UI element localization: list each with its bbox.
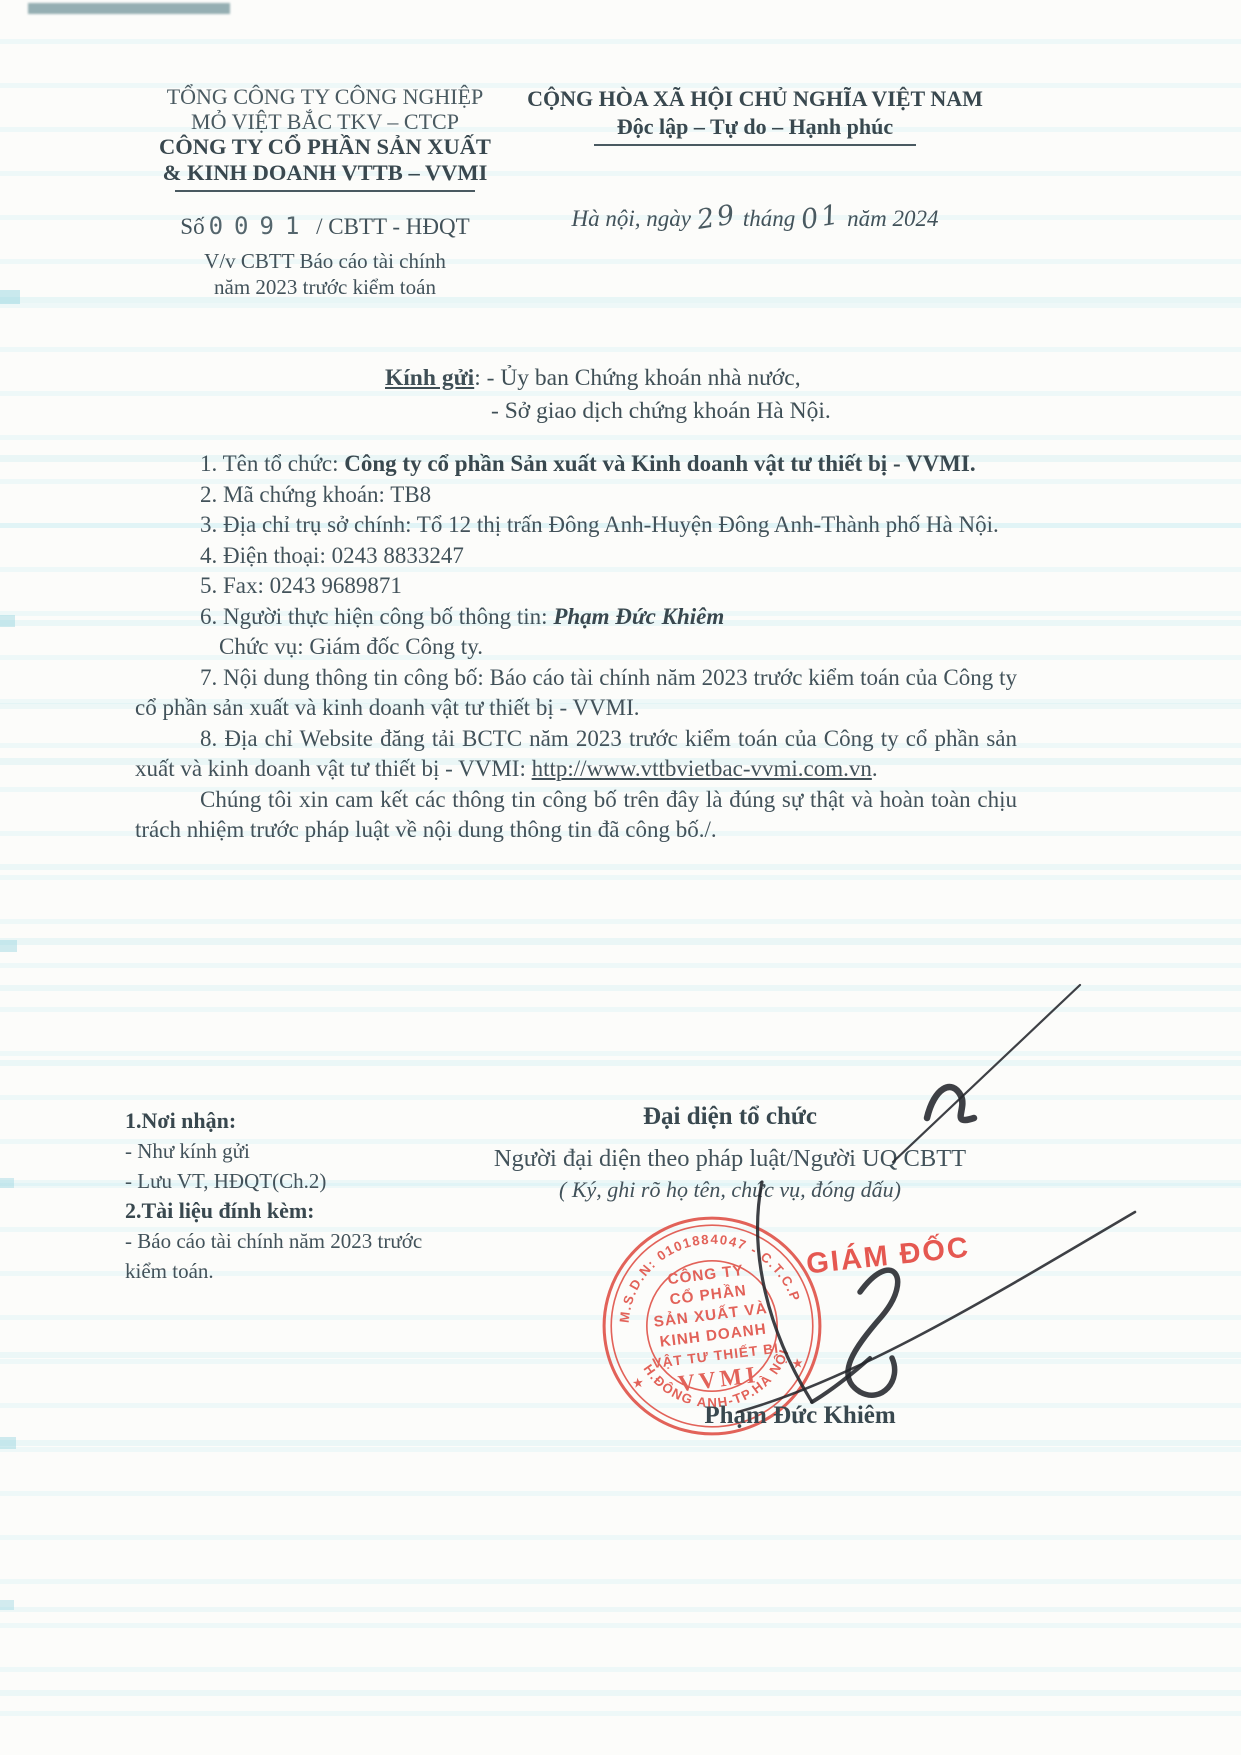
issuer-parent-line1: TỔNG CÔNG TY CÔNG NGHIỆP: [150, 84, 500, 109]
item-1-company-name: Công ty cổ phần Sản xuất và Kinh doanh v…: [344, 451, 975, 476]
item-2: 2. Mã chứng khoán: TB8: [135, 480, 1017, 511]
scan-edge-mark: [0, 940, 17, 952]
item-1-label: 1. Tên tổ chức:: [200, 451, 344, 476]
commitment-paragraph: Chúng tôi xin cam kết các thông tin công…: [135, 785, 1017, 846]
scan-edge-mark: [0, 290, 20, 304]
recipients-sep: :: [474, 365, 486, 391]
document-number-suffix: / CBTT - HĐQT: [316, 214, 470, 239]
stamp-star-left: ★: [631, 1375, 645, 1391]
scan-edge-mark: [0, 1437, 16, 1449]
scanned-document-page: TỔNG CÔNG TY CÔNG NGHIỆP MỎ VIỆT BẮC TKV…: [0, 0, 1241, 1755]
date-day-handwritten: 29: [695, 199, 740, 236]
recipient-2: - Sở giao dịch chứng khoán Hà Nội.: [385, 395, 831, 428]
date-suffix: năm 2024: [847, 206, 938, 231]
document-number-line: Số0091 / CBTT - HĐQT: [150, 212, 500, 240]
date-mid: tháng: [743, 206, 795, 231]
stamp-star-right: ★: [791, 1355, 805, 1371]
item-7: 7. Nội dung thông tin công bố: Báo cáo t…: [135, 663, 1017, 724]
item-6: 6. Người thực hiện công bố thông tin: Ph…: [135, 602, 1017, 633]
scan-artifact-band: [0, 1060, 1241, 1066]
document-subject: V/v CBTT Báo cáo tài chính năm 2023 trướ…: [150, 248, 500, 300]
scan-edge-mark: [0, 615, 15, 627]
signature-block: Đại diện tổ chức Người đại diện theo phá…: [440, 1103, 1020, 1203]
scan-artifact-band: [0, 1690, 1241, 1696]
scan-artifact-band: [0, 864, 1241, 870]
item-6-label: 6. Người thực hiện công bố thông tin:: [200, 604, 553, 629]
signer-name: Phạm Đức Khiêm: [640, 1402, 960, 1430]
subject-line1: V/v CBTT Báo cáo tài chính: [150, 248, 500, 274]
national-title: CỘNG HÒA XÃ HỘI CHỦ NGHĨA VIỆT NAM: [520, 86, 990, 112]
issuer-parent-line2: MỎ VIỆT BẮC TKV – CTCP: [150, 109, 500, 134]
discloser-name: Phạm Đức Khiêm: [553, 604, 724, 629]
item-3: 3. Địa chỉ trụ sở chính: Tổ 12 thị trấn …: [135, 510, 1017, 541]
national-header-block: CỘNG HÒA XÃ HỘI CHỦ NGHĨA VIỆT NAM Độc l…: [520, 86, 990, 233]
recipients-label: Kính gửi: [385, 365, 474, 391]
signature-title: Đại diện tổ chức: [440, 1103, 1020, 1131]
recipient-1: - Ủy ban Chứng khoán nhà nước,: [487, 365, 801, 391]
date-line: Hà nội, ngày 29 tháng 01 năm 2024: [520, 202, 990, 233]
scan-edge-mark: [0, 1600, 14, 1610]
scan-artifact-band: [0, 985, 1241, 991]
item-1: 1. Tên tổ chức: Công ty cổ phần Sản xuất…: [135, 449, 1017, 480]
date-month-handwritten: 01: [799, 199, 844, 236]
recipients-block: Kính gửi: - Ủy ban Chứng khoán nhà nước,…: [385, 362, 831, 428]
signature-stroke: [848, 1270, 898, 1395]
item-8-period: .: [872, 756, 878, 781]
item-5: 5. Fax: 0243 9689871: [135, 571, 1017, 602]
item-8: 8. Địa chỉ Website đăng tải BCTC năm 202…: [135, 724, 1017, 785]
representative-line: Người đại diện theo pháp luật/Người UQ C…: [440, 1145, 1020, 1173]
issuer-company-line2: & KINH DOANH VTTB – VVMI: [150, 160, 500, 186]
footer-left-block: 1.Nơi nhận: - Như kính gửi - Lưu VT, HĐQ…: [125, 1106, 435, 1286]
item-6-position: Chức vụ: Giám đốc Công ty.: [135, 632, 1017, 663]
scan-edge-mark: [0, 1178, 14, 1188]
letter-body: 1. Tên tổ chức: Công ty cổ phần Sản xuất…: [135, 449, 1017, 846]
website-link[interactable]: http://www.vttbvietbac-vvmi.com.vn: [532, 756, 872, 781]
document-number-label: Số: [180, 214, 204, 239]
date-prefix: Hà nội, ngày: [572, 206, 691, 231]
item-4: 4. Điện thoại: 0243 8833247: [135, 541, 1017, 572]
attachments-line: - Báo cáo tài chính năm 2023 trước kiểm …: [125, 1226, 435, 1286]
issuer-company-line1: CÔNG TY CỔ PHẦN SẢN XUẤT: [150, 134, 500, 160]
subject-line2: năm 2023 trước kiểm toán: [150, 274, 500, 300]
document-number-stamped: 0091: [209, 212, 311, 240]
attachments-heading: 2.Tài liệu đính kèm:: [125, 1196, 435, 1226]
national-motto: Độc lập – Tự do – Hạnh phúc: [520, 114, 990, 140]
recipients-line1: Kính gửi: - Ủy ban Chứng khoán nhà nước,: [385, 362, 831, 395]
recipients-footer-line2: - Lưu VT, HĐQT(Ch.2): [125, 1166, 435, 1196]
recipients-footer-line1: - Như kính gửi: [125, 1136, 435, 1166]
director-role-stamp: GIÁM ĐỐC: [805, 1232, 972, 1282]
scan-artifact-band: [0, 1607, 1241, 1612]
sign-instruction: ( Ký, ghi rõ họ tên, chức vụ, đóng dấu): [440, 1177, 1020, 1203]
recipients-footer-heading: 1.Nơi nhận:: [125, 1106, 435, 1136]
issuer-underline: [175, 190, 475, 192]
scan-smudge: [28, 3, 230, 14]
motto-underline: [594, 144, 916, 146]
issuer-block: TỔNG CÔNG TY CÔNG NGHIỆP MỎ VIỆT BẮC TKV…: [150, 84, 500, 300]
scan-artifact-band: [0, 938, 1241, 945]
